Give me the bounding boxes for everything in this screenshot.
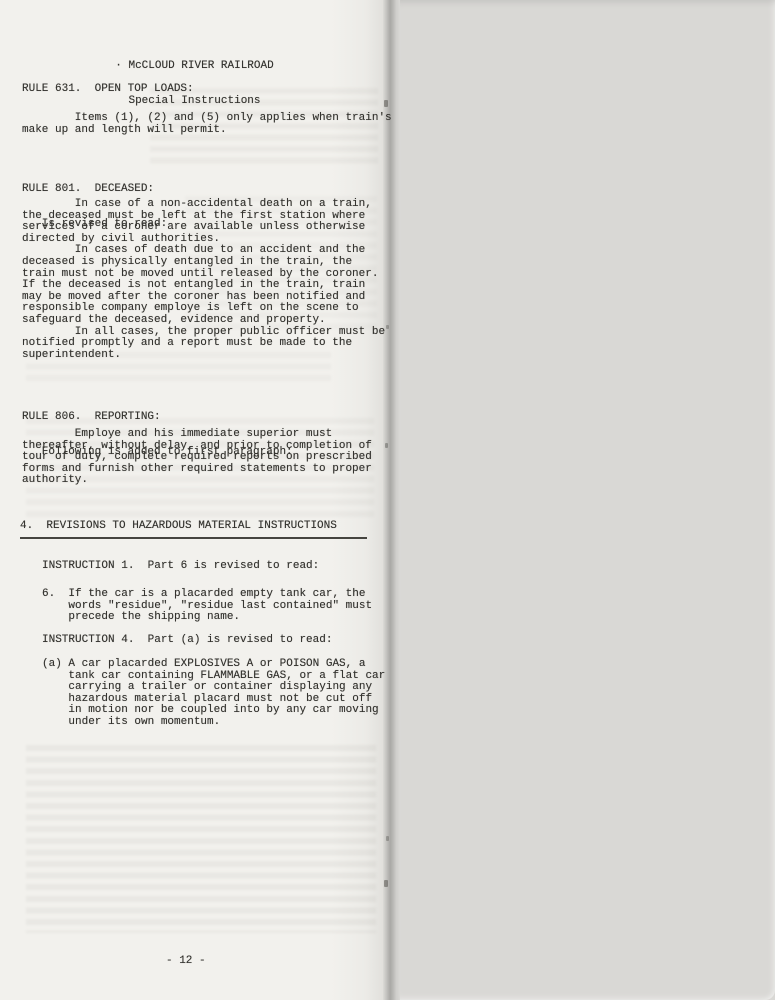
fold-speck-3 bbox=[385, 443, 388, 448]
scanned-document: · McCLOUD RIVER RAILROAD Special Instruc… bbox=[0, 0, 775, 1000]
instruction-4-heading: INSTRUCTION 4. Part (a) is revised to re… bbox=[42, 635, 332, 647]
section-4-heading: 4. REVISIONS TO HAZARDOUS MATERIAL INSTR… bbox=[20, 521, 367, 539]
fold-speck-4 bbox=[386, 836, 389, 841]
left-page bbox=[0, 0, 385, 1000]
rule-801-body: In case of a non-accidental death on a t… bbox=[22, 199, 385, 361]
page-number: - 12 - bbox=[166, 956, 206, 968]
instruction-4-item: (a) A car placarded EXPLOSIVES A or POIS… bbox=[42, 659, 385, 729]
page-fold bbox=[383, 0, 400, 1000]
right-page bbox=[400, 0, 775, 1000]
doc-subtitle: Special Instructions bbox=[22, 96, 367, 108]
rule-806-body: Employe and his immediate superior must … bbox=[22, 429, 372, 487]
doc-title: · McCLOUD RIVER RAILROAD bbox=[22, 61, 367, 73]
fold-speck-2 bbox=[386, 325, 389, 329]
rule-801-heading: RULE 801. DECEASED: bbox=[22, 184, 167, 196]
instruction-1-item: 6. If the car is a placarded empty tank … bbox=[42, 589, 372, 624]
rule-631-body: Items (1), (2) and (5) only applies when… bbox=[22, 113, 392, 136]
rule-631-heading: RULE 631. OPEN TOP LOADS: bbox=[22, 84, 194, 96]
instruction-1-heading: INSTRUCTION 1. Part 6 is revised to read… bbox=[42, 561, 319, 573]
rule-806-heading: RULE 806. REPORTING: bbox=[22, 412, 293, 424]
fold-speck-5 bbox=[384, 880, 388, 887]
fold-speck-1 bbox=[384, 100, 388, 107]
